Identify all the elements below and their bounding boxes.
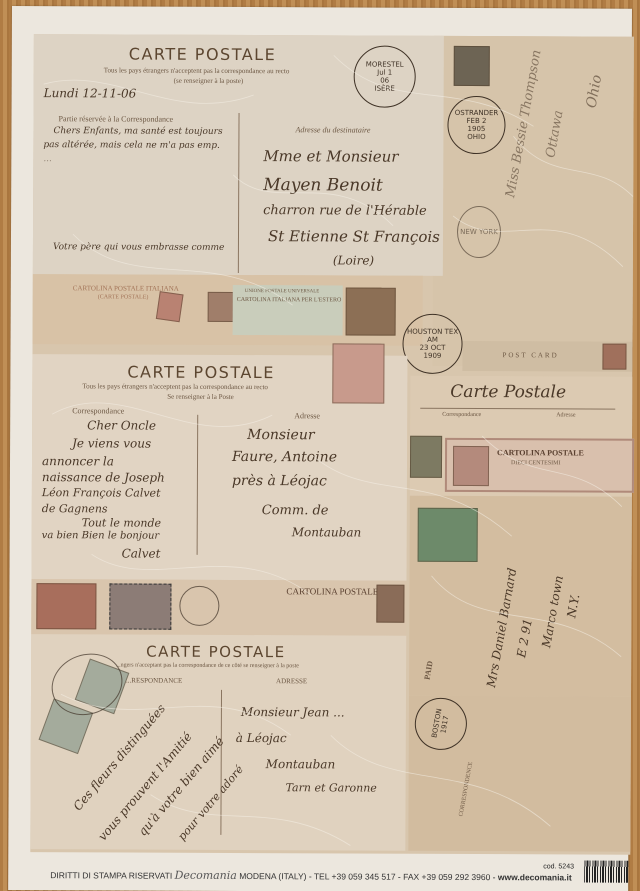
card2-right-label: Adresse [294, 411, 320, 420]
green-letter-address-line2: E 2 91 [514, 618, 535, 659]
stamp-dark-portrait [454, 46, 490, 86]
card2-signature: Calvet [122, 546, 161, 560]
card1-divider [238, 113, 240, 273]
card3-address-line1: Monsieur Jean ... [241, 705, 345, 719]
card2-subtitle2: Se renseigner à la Poste [167, 393, 234, 401]
green-stamp-letter: PAID Mrs Daniel Barnard E 2 91 Marco tow… [409, 496, 632, 697]
footer-website: www.decomania.it [498, 872, 572, 882]
barcode [584, 861, 628, 883]
cartolina3-panel: CARTOLINA POSTALE DIECI CENTESIMI [445, 438, 634, 493]
card2-message-line4: naissance de Joseph [42, 470, 165, 485]
card3-divider [220, 690, 222, 835]
green-letter-address-line3: Marco town [539, 574, 566, 648]
post-card-title: POST CARD [502, 351, 558, 359]
cartolina3-subtitle: DIECI CENTESIMI [511, 460, 561, 466]
card3-title: CARTE POSTALE [146, 643, 286, 662]
cartolina4-title: CARTOLINA POSTALE [286, 586, 378, 596]
card2-title: CARTE POSTALE [127, 363, 275, 383]
stamp-brown-square [346, 287, 396, 335]
card1-right-label: Adresse du destinataire [295, 125, 370, 134]
carte-script-title: Carte Postale [450, 382, 566, 403]
cartolina2-title: CARTOLINA ITALIANA PER L'ESTERO [237, 297, 342, 303]
rice-paper-sheet: OSTRANDER FEB 2 1905 OHIO NEW YORK Miss … [8, 6, 632, 891]
card1-address-line5: (Loire) [333, 253, 374, 267]
cartolina2-panel: UNIONE POSTALE UNIVERSALE CARTOLINA ITAL… [233, 285, 343, 335]
card2-divider [197, 415, 199, 555]
stamp-pink-sower [332, 343, 384, 403]
card1-address-line2: Mayen Benoit [263, 175, 383, 196]
stamp-grey-portrait-frame [109, 583, 171, 629]
stamp-green-washington [418, 508, 478, 562]
card3-subtitle: ...ngers n'acceptant pas la correspondan… [116, 662, 299, 669]
postmark-new-york: NEW YORK [457, 206, 501, 258]
stamp-red-uk [602, 344, 626, 370]
cartolina3-title: CARTOLINA POSTALE [497, 448, 584, 457]
carte-script-card: Carte Postale Correspondance Adresse CAR… [410, 376, 633, 497]
cancel-paid: PAID [422, 660, 434, 680]
print-area: OSTRANDER FEB 2 1905 OHIO NEW YORK Miss … [30, 34, 634, 855]
postmark-houston: HOUSTON TEX AM 23 OCT 1909 [402, 314, 462, 374]
carte-script-left: Correspondance [442, 412, 481, 418]
card1-address-line4: St Etienne St François [268, 227, 440, 246]
card2-message-line1: Cher Oncle [87, 418, 156, 432]
carte-script-right: Adresse [556, 412, 575, 418]
postmark-ostrander: OSTRANDER FEB 2 1905 OHIO [447, 96, 505, 154]
card2-address-line3: près à Léojac [232, 473, 327, 489]
postmark-small-round [179, 586, 219, 626]
stamp-olive-numeral [410, 436, 442, 478]
card1-message-line3: ... [43, 154, 52, 164]
correspondence-1917: BOSTON 1917 CORRESPONDENCE [408, 696, 631, 852]
postmark-morestel: MORESTEL Jul 1 06 ISÈRE [354, 45, 416, 107]
postmark-boston: BOSTON 1917 [411, 694, 471, 754]
card1-subtitle2: (se renseigner à la poste) [174, 77, 244, 85]
card3-left-label: ...RESPONDANCE [126, 677, 182, 685]
us-letter-address-line3: Ohio [584, 74, 606, 110]
card2-subtitle: Tous les pays étrangers n'acceptent pas … [82, 382, 268, 391]
us-letter-address-line1: Miss Bessie Thompson [503, 49, 544, 199]
green-letter-address-line4: N.Y. [564, 593, 582, 619]
card3-right-label: ADRESSE [276, 677, 307, 685]
card3-address-line4: Tarn et Garonne [286, 781, 377, 794]
correspondence-label: CORRESPONDENCE [458, 761, 474, 817]
card1-address-line1: Mme et Monsieur [263, 147, 398, 166]
stamp-strip: CARTOLINA POSTALE [31, 579, 406, 636]
card2-message-line7: Tout le monde [82, 516, 161, 529]
card2-message-line8: va bien Bien le bonjour [42, 530, 160, 542]
card1-message-line1: Chers Enfants, ma santé est toujours [53, 126, 222, 137]
card3-address-line3: Montauban [266, 757, 336, 771]
card1-left-label: Partie réservée à la Correspondance [58, 114, 173, 123]
cartolina1-subtitle: (CARTE POSTALE) [98, 294, 149, 300]
card2-message-line5: Léon François Calvet [42, 486, 161, 500]
carte-postale-1: CARTE POSTALE Tous les pays étrangers n'… [33, 34, 444, 276]
card1-date: Lundi 12-11-06 [44, 86, 137, 100]
footer-rights: DIRITTI DI STAMPA RISERVATI [50, 870, 172, 881]
carte-script-rule [420, 408, 615, 410]
stamp-brown-king [376, 585, 404, 623]
card2-address-line5: Montauban [292, 525, 362, 539]
carte-postale-2: CARTE POSTALE Tous les pays étrangers n'… [31, 354, 407, 581]
us-letter-address-line2: Ottawa [543, 109, 566, 159]
card3-address-line2: à Léojac [236, 731, 287, 745]
stamp-brown-portrait [208, 292, 234, 322]
footer-fax: FAX +39 059 292 3960 [403, 872, 490, 882]
cartolina-strip: CARTOLINA POSTALE ITALIANA (CARTE POSTAL… [33, 274, 423, 346]
card1-message-line4: Votre père qui vous embrasse comme [53, 242, 224, 253]
product-code: cod. 5243 [543, 863, 574, 870]
card1-message-line2: pas altérée, mais cela ne m'a pas emp. [43, 140, 220, 151]
card2-address-line2: Faure, Antoine [232, 449, 337, 465]
card1-title: CARTE POSTALE [129, 45, 277, 65]
stamp-king-portrait [453, 446, 489, 486]
card1-address-line3: charron rue de l'Hérable [263, 203, 427, 219]
cartolina2-header: UNIONE POSTALE UNIVERSALE [245, 289, 320, 294]
card2-address-line1: Monsieur [247, 427, 315, 443]
publisher-footer: DIRITTI DI STAMPA RISERVATI Decomania MO… [50, 868, 572, 883]
footer-tel: TEL +39 059 345 517 [314, 871, 396, 881]
card2-message-line2: Je viens vous [72, 436, 151, 450]
green-letter-address-line1: Mrs Daniel Barnard [484, 567, 519, 689]
post-card-uk: POST CARD [462, 341, 632, 372]
carte-postale-3: CARTE POSTALE ...ngers n'acceptant pas l… [30, 634, 406, 851]
card2-message-line6: de Gagnens [42, 502, 108, 515]
stamp-red-portrait-oval [36, 583, 96, 629]
card2-message-line3: annoncer la [42, 454, 114, 468]
card2-left-label: Correspondance [72, 406, 124, 415]
footer-location: MODENA (ITALY) [239, 871, 306, 881]
card1-subtitle: Tous les pays étrangers n'acceptent pas … [104, 66, 290, 75]
card2-address-line4: Comm. de [262, 503, 329, 518]
us-letter-envelope: OSTRANDER FEB 2 1905 OHIO NEW YORK Miss … [432, 36, 633, 367]
footer-brand: Decomania [175, 869, 237, 882]
stamp-red-small [156, 291, 184, 322]
